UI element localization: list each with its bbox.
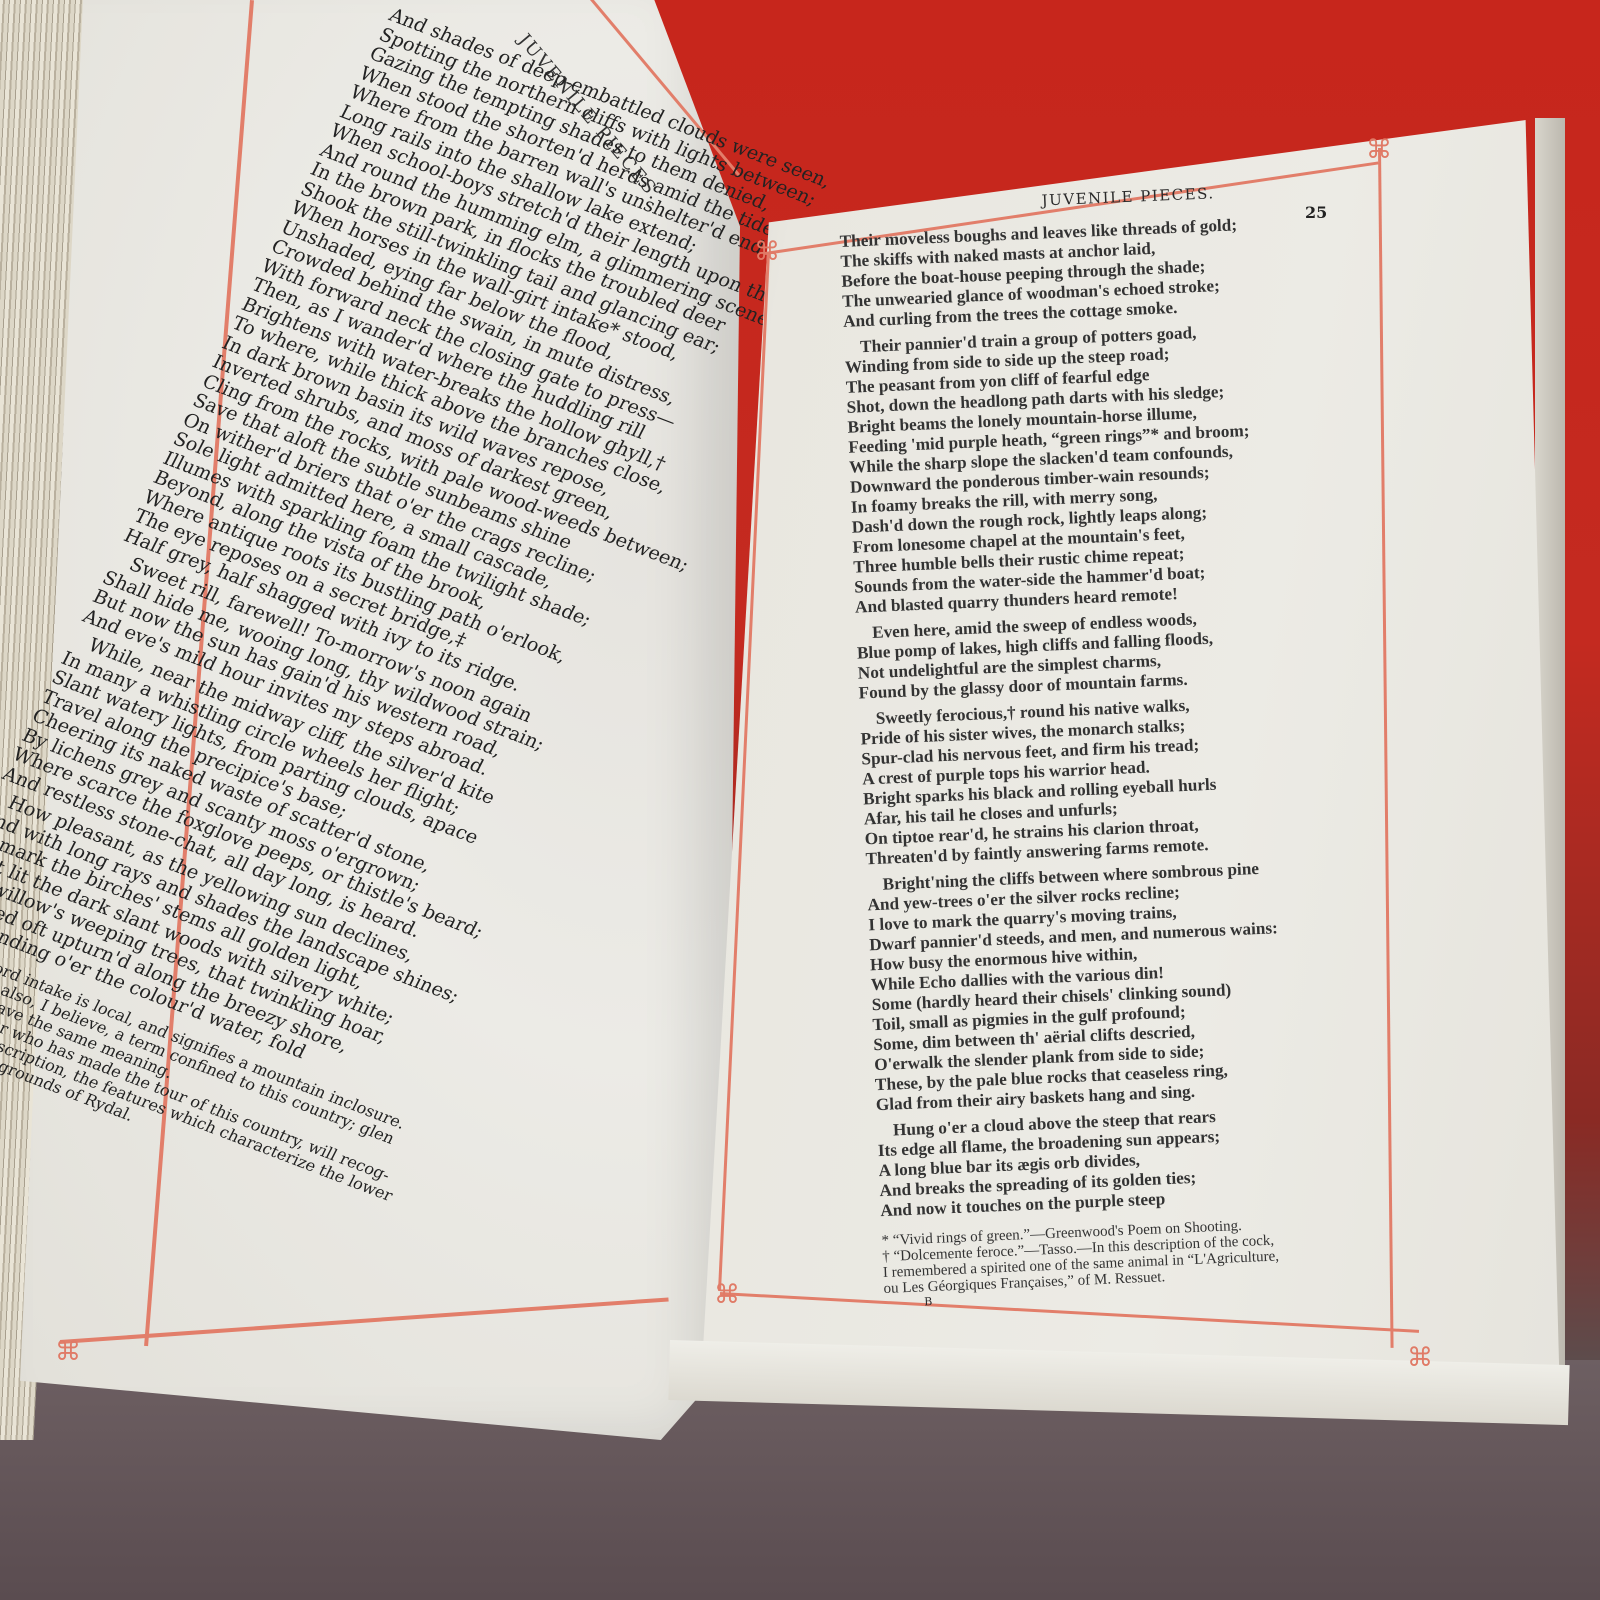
corner-ornament-icon: ⌘ xyxy=(754,239,780,265)
right-page-text: JUVENILE PIECES. Their moveless boughs a… xyxy=(838,178,1404,1310)
corner-ornament-icon: ⌘ xyxy=(55,1339,81,1365)
corner-ornament-icon: ⌘ xyxy=(1407,1345,1433,1371)
corner-ornament-icon: ⌘ xyxy=(714,1282,740,1308)
corner-ornament-icon: ⌘ xyxy=(1366,137,1392,163)
right-verse-block: Their moveless boughs and leaves like th… xyxy=(839,210,1400,1221)
